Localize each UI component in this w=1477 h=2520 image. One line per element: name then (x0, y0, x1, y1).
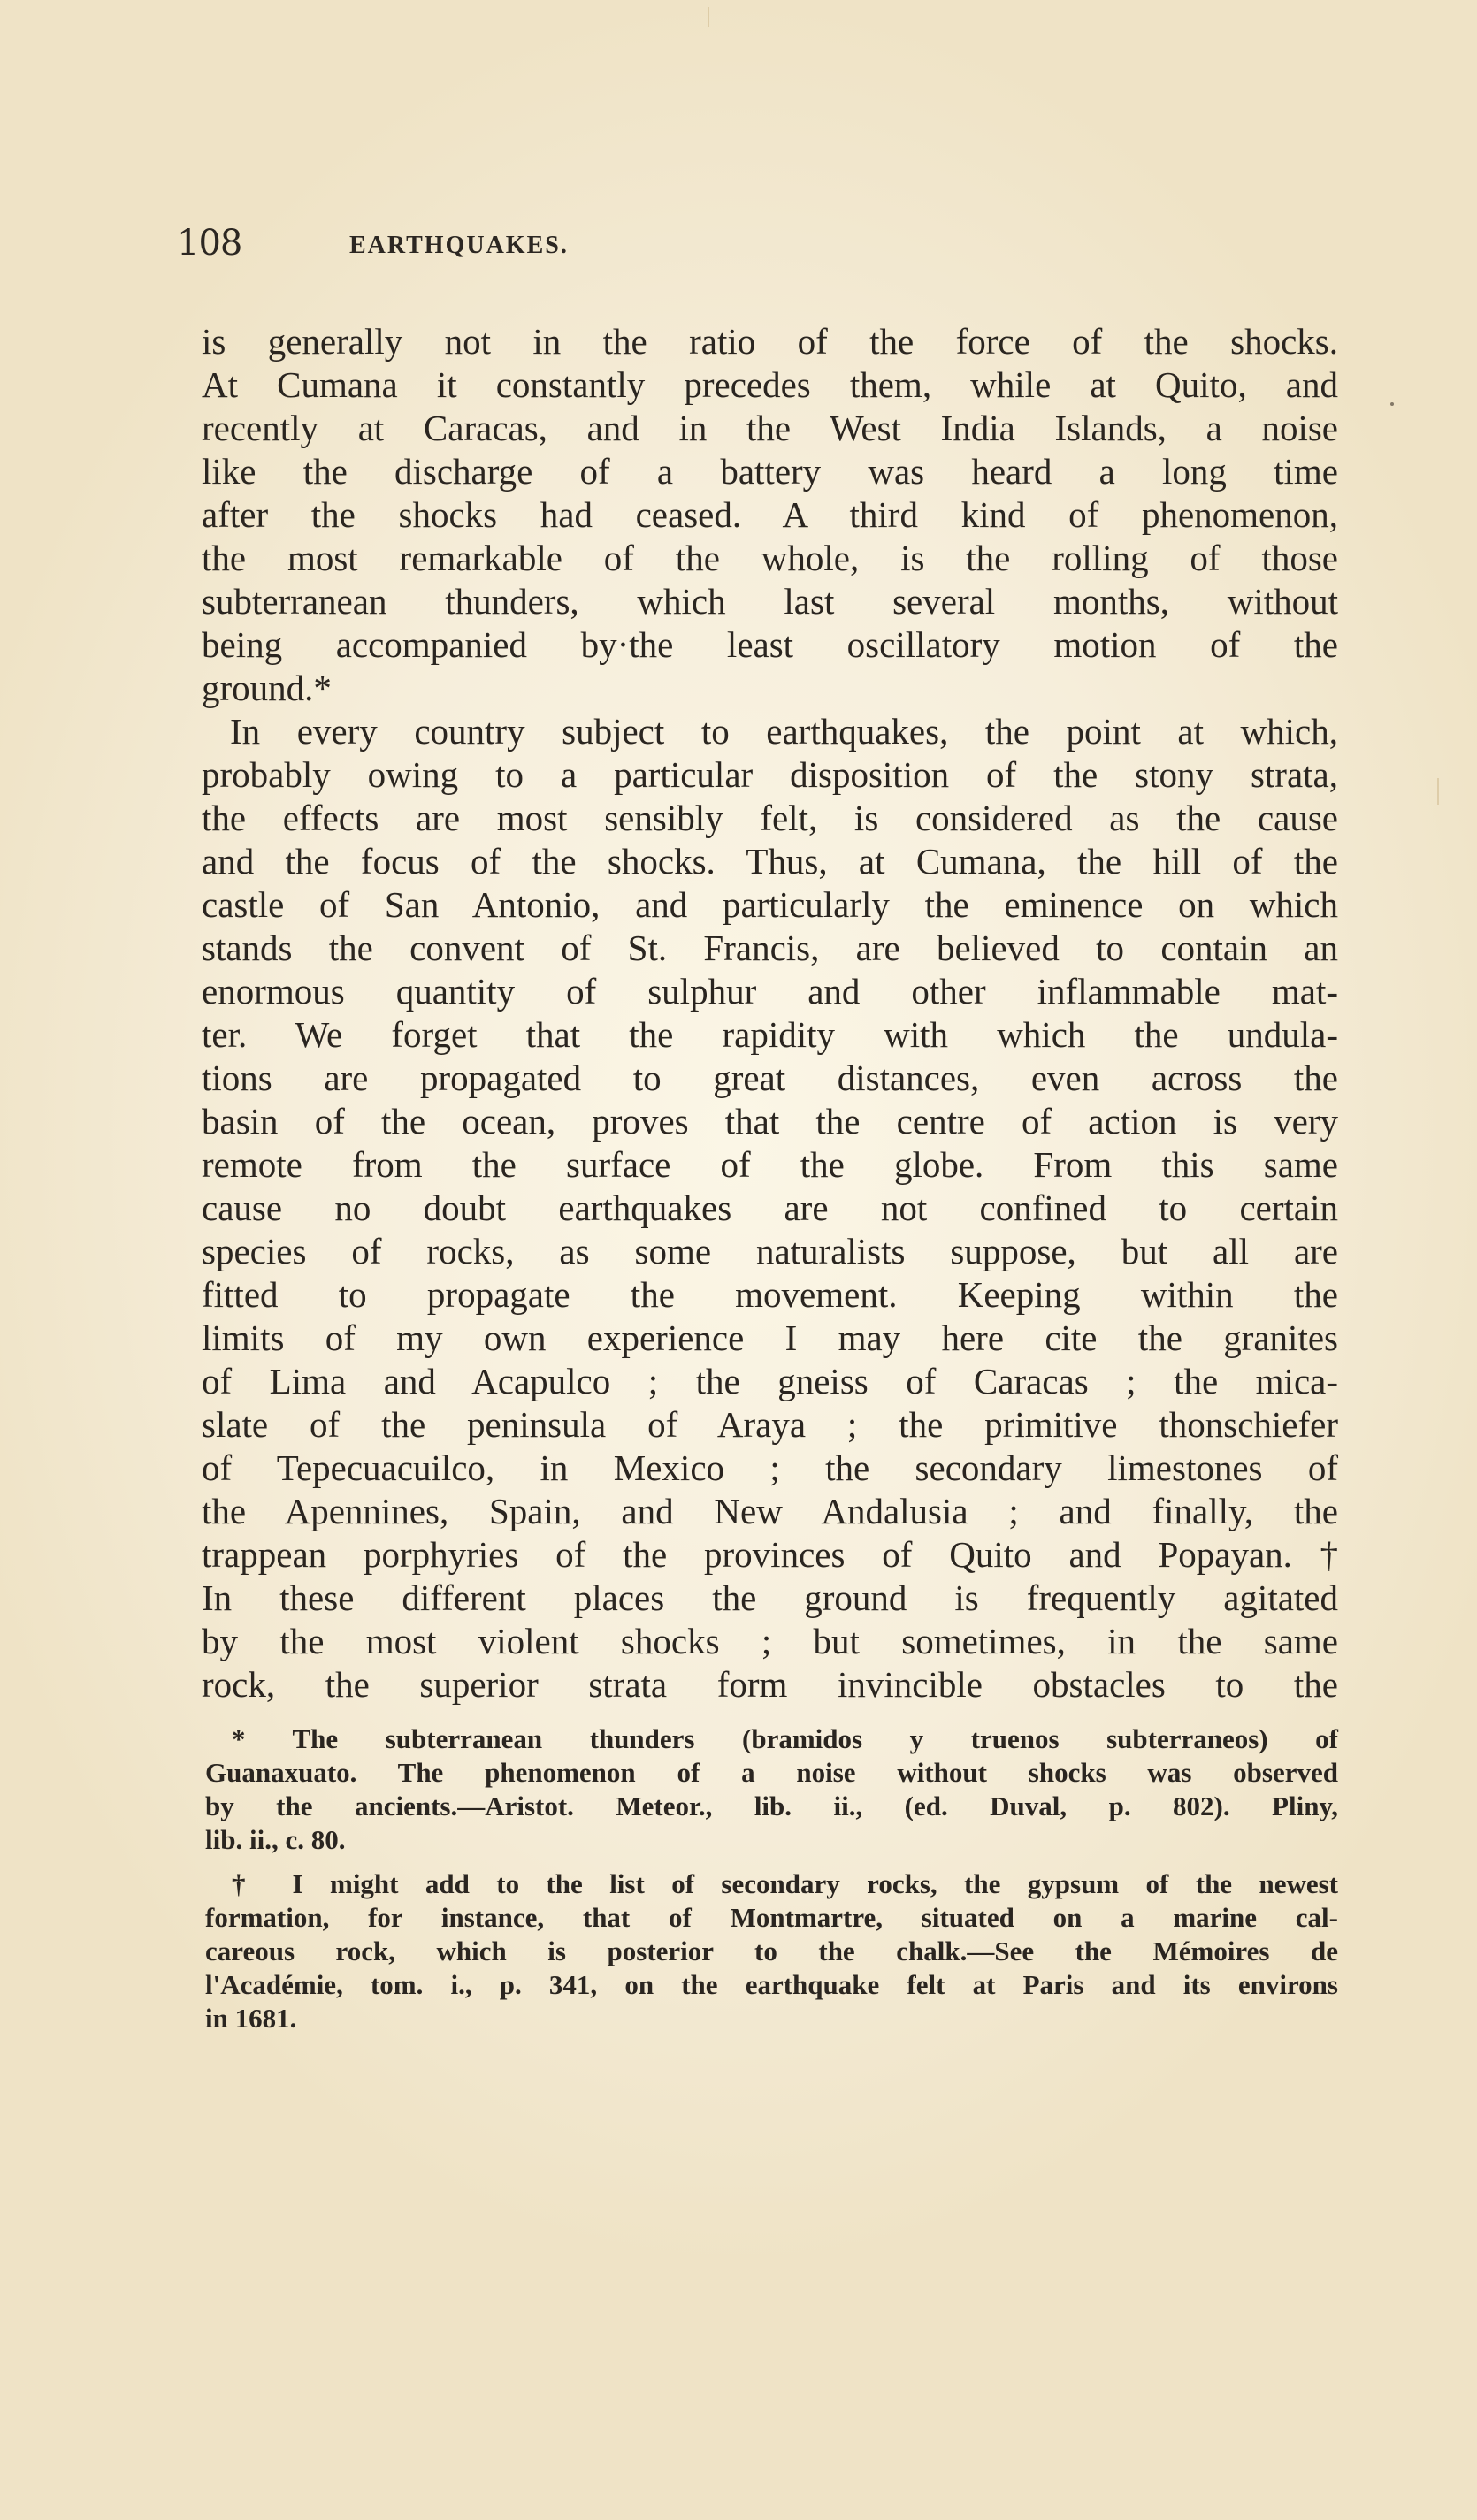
body-line: cause no doubt earthquakes are not confi… (202, 1187, 1338, 1229)
body-line: after the shocks had ceased. A third kin… (202, 493, 1338, 536)
body-line: remote from the surface of the globe. Fr… (202, 1143, 1338, 1186)
footnote-line: † I might add to the list of secondary r… (232, 1867, 1338, 1901)
running-title: EARTHQUAKES. (349, 232, 569, 260)
page-number: 108 (177, 223, 241, 263)
body-line: species of rocks, as some naturalists su… (202, 1230, 1338, 1272)
footnote-line: Guanaxuato. The phenomenon of a noise wi… (205, 1756, 1338, 1790)
footnote-line: in 1681. (205, 2002, 1338, 2035)
body-line: stands the convent of St. Francis, are b… (202, 927, 1338, 969)
body-line: basin of the ocean, proves that the cent… (202, 1100, 1338, 1142)
body-line: the most remarkable of the whole, is the… (202, 537, 1338, 579)
body-line: like the discharge of a battery was hear… (202, 450, 1338, 493)
body-line: fitted to propagate the movement. Keepin… (202, 1273, 1338, 1316)
paper-blemish (1437, 778, 1439, 805)
body-line: At Cumana it constantly precedes them, w… (202, 363, 1338, 406)
book-page: 108 EARTHQUAKES. is generally not in the… (0, 0, 1477, 2520)
body-line: enormous quantity of sulphur and other i… (202, 970, 1338, 1012)
body-line: the Apennines, Spain, and New Andalusia … (202, 1490, 1338, 1532)
body-line: tions are propagated to great distances,… (202, 1057, 1338, 1099)
body-line: is generally not in the ratio of the for… (202, 320, 1338, 363)
footnote-line: lib. ii., c. 80. (205, 1823, 1338, 1857)
body-line: rock, the superior strata form invincibl… (202, 1663, 1338, 1706)
body-line: of Tepecuacuilco, in Mexico ; the second… (202, 1447, 1338, 1489)
body-line: by the most violent shocks ; but sometim… (202, 1620, 1338, 1662)
body-line: In these different places the ground is … (202, 1577, 1338, 1619)
body-line: trappean porphyries of the provinces of … (202, 1533, 1338, 1576)
footnote-line: by the ancients.—Aristot. Meteor., lib. … (205, 1790, 1338, 1823)
body-line: slate of the peninsula of Araya ; the pr… (202, 1403, 1338, 1446)
body-line: of Lima and Acapulco ; the gneiss of Car… (202, 1360, 1338, 1402)
body-line: probably owing to a particular dispositi… (202, 753, 1338, 796)
body-line: the effects are most sensibly felt, is c… (202, 797, 1338, 839)
body-line: ter. We forget that the rapidity with wh… (202, 1013, 1338, 1056)
body-line: ground.* (202, 667, 1338, 709)
footnote-line: formation, for instance, that of Montmar… (205, 1901, 1338, 1935)
body-line: recently at Caracas, and in the West Ind… (202, 407, 1338, 449)
paper-speck (1390, 402, 1394, 406)
body-line: being accompanied by·the least oscillato… (202, 623, 1338, 666)
body-line: In every country subject to earthquakes,… (230, 710, 1338, 752)
body-line: and the focus of the shocks. Thus, at Cu… (202, 840, 1338, 882)
body-line: subterranean thunders, which last severa… (202, 580, 1338, 622)
footnote-line: l'Académie, tom. i., p. 341, on the eart… (205, 1968, 1338, 2002)
body-line: limits of my own experience I may here c… (202, 1317, 1338, 1359)
footnote-line: * The subterranean thunders (bramidos y … (232, 1722, 1338, 1756)
paper-blemish (708, 7, 709, 27)
body-line: castle of San Antonio, and particularly … (202, 883, 1338, 926)
footnote-line: careous rock, which is posterior to the … (205, 1935, 1338, 1968)
